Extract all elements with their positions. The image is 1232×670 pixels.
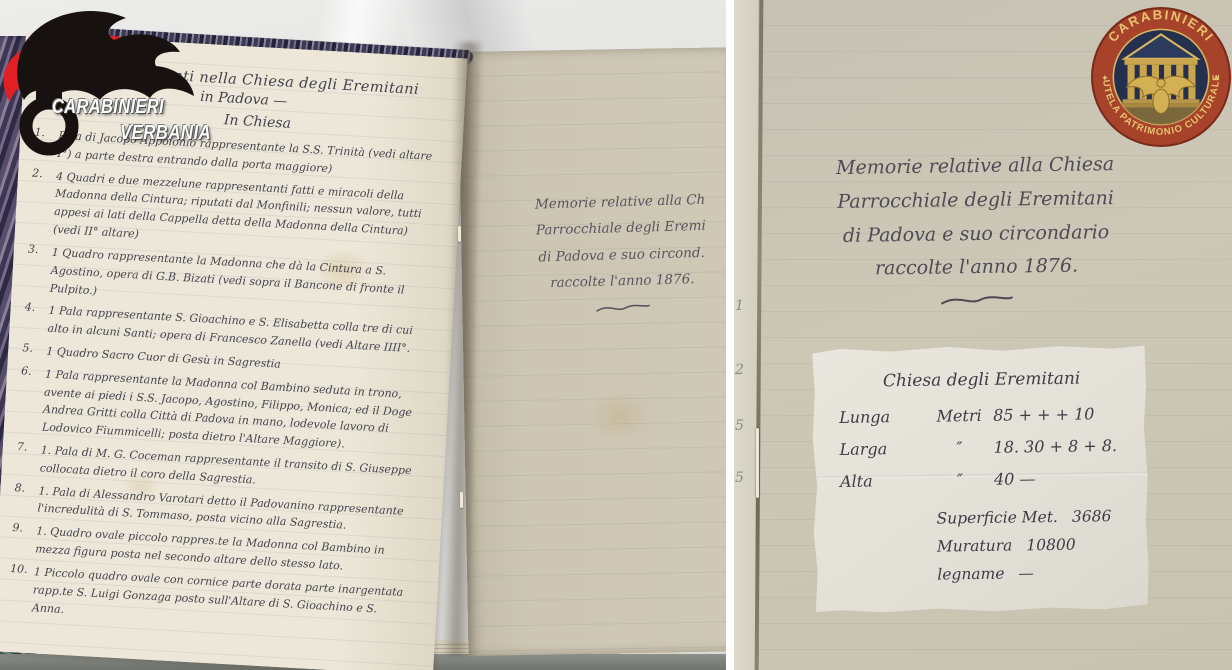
measurement-note: Chiesa degli Eremitani Lunga Metri 85 + … <box>810 344 1150 615</box>
memoir-title: Memorie relative alla Chiesa Parrocchial… <box>795 147 1157 309</box>
watermark-verbania: VERBANIA <box>120 122 211 145</box>
flourish-mark <box>940 293 1014 308</box>
note-label: Alta <box>840 471 926 491</box>
memoir-title-line: di Padova e suo circondario <box>796 215 1156 254</box>
carabinieri-flame-icon <box>0 2 226 174</box>
summary-value: — <box>1018 560 1034 588</box>
note-unit: Metri <box>925 406 993 426</box>
margin-mark: 2 <box>735 362 744 378</box>
note-label: Larga <box>839 439 925 459</box>
note-row: Alta ″ 40 — <box>840 468 1126 491</box>
inventory-list: 1. Pala di Jacopo Appolonio rappresentan… <box>8 126 439 638</box>
flourish-mark <box>595 302 651 316</box>
memoir-title-line: Parrocchiale degli Eremitani <box>795 181 1155 220</box>
note-label: Lunga <box>839 407 925 427</box>
summary-value: 10800 <box>1026 532 1076 561</box>
summary-label: Superficie Met. <box>936 504 1058 534</box>
margin-mark: 5 <box>735 470 744 486</box>
binding-stitch <box>458 226 461 242</box>
photographed-archive-spread: Memorie relative alla Ch Parrocchiale de… <box>0 0 1232 670</box>
note-row: Lunga Metri 85 + + + 10 <box>839 404 1125 427</box>
watermark-carabinieri: CARABINIERI <box>52 96 164 119</box>
memoir-title-line: raccolte l'anno 1876. <box>796 249 1156 288</box>
ruled-lines <box>458 47 726 656</box>
note-summary-row: Superficie Met. 3686 <box>936 503 1126 534</box>
item-number: 3. <box>25 242 52 297</box>
note-unit: ″ <box>925 438 993 458</box>
summary-value: 3686 <box>1072 503 1112 531</box>
note-value: 85 + + + 10 <box>993 404 1125 425</box>
binding-stitch <box>756 428 759 498</box>
item-number: 7. <box>15 440 41 477</box>
note-summary-row: Muratura 10800 <box>937 531 1127 562</box>
note-content: Chiesa degli Eremitani Lunga Metri 85 + … <box>810 344 1149 591</box>
badge-star-left: ✦ <box>1101 74 1109 84</box>
note-value: 18. 30 + 8 + 8. <box>993 436 1125 457</box>
item-number: 8. <box>13 481 39 518</box>
note-unit: ″ <box>926 470 994 490</box>
item-number: 9. <box>11 521 37 558</box>
margin-mark: 5 <box>735 418 744 434</box>
note-value: 40 — <box>994 468 1126 489</box>
tpc-badge-icon: CARABINIERI TUTELA PATRIMONIO CULTURALE … <box>1090 6 1232 148</box>
facing-page-title: Memorie relative alla Ch Parrocchiale de… <box>490 186 726 318</box>
summary-label: legname <box>937 560 1005 589</box>
note-summary: Superficie Met. 3686 Muratura 10800 legn… <box>936 503 1127 589</box>
summary-label: Muratura <box>937 532 1013 561</box>
facing-page: Memorie relative alla Ch Parrocchiale de… <box>458 47 726 656</box>
note-title: Chiesa degli Eremitani <box>838 368 1124 392</box>
note-row: Larga ″ 18. 30 + 8 + 8. <box>839 436 1125 459</box>
note-summary-row: legname — <box>937 559 1127 590</box>
item-number: 5. <box>22 341 47 360</box>
memoir-title-line: Memorie relative alla Chiesa <box>795 147 1155 186</box>
item-number: 10. <box>8 562 35 617</box>
margin-mark: 1 <box>735 298 744 314</box>
left-photo: Memorie relative alla Ch Parrocchiale de… <box>0 0 726 670</box>
item-number: 4. <box>23 301 49 338</box>
binding-stitch <box>460 492 463 508</box>
badge-star-right: ✦ <box>1213 74 1221 84</box>
right-photo: 1 2 5 5 Memorie relative alla Chiesa Par… <box>734 0 1232 670</box>
